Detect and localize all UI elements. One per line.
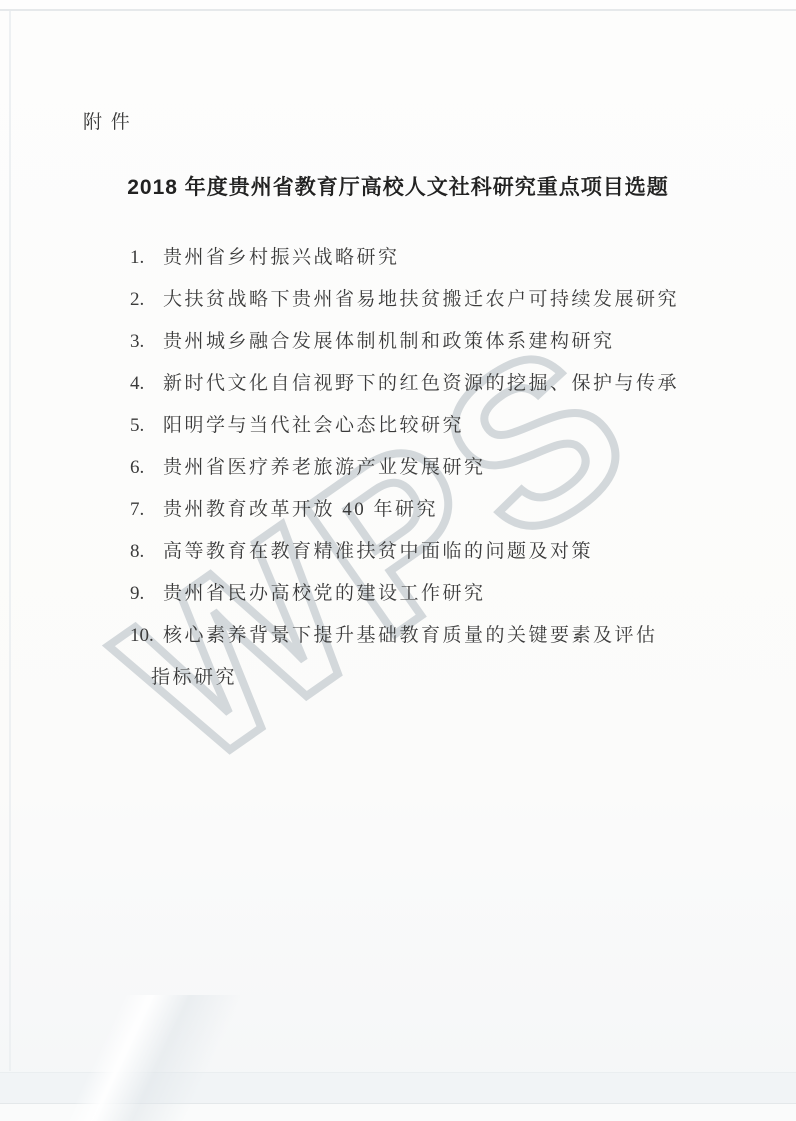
list-item-number: 9.: [130, 573, 163, 615]
topic-list: 1. 贵州省乡村振兴战略研究 2. 大扶贫战略下贵州省易地扶贫搬迁农户可持续发展…: [130, 237, 710, 699]
list-item-number: 8.: [130, 531, 163, 573]
list-item: 2. 大扶贫战略下贵州省易地扶贫搬迁农户可持续发展研究: [130, 279, 710, 321]
list-item-text: 核心素养背景下提升基础教育质量的关键要素及评估: [163, 615, 658, 657]
list-item-text: 贵州省乡村振兴战略研究: [163, 237, 400, 279]
list-item: 9. 贵州省民办高校党的建设工作研究: [130, 573, 710, 615]
scanned-page: WPS 附 件 2018 年度贵州省教育厅高校人文社科研究重点项目选题 1. 贵…: [0, 0, 796, 1121]
list-item: 7. 贵州教育改革开放 40 年研究: [130, 489, 710, 531]
list-item-number: 6.: [130, 447, 163, 489]
list-item: 8. 高等教育在教育精准扶贫中面临的问题及对策: [130, 531, 710, 573]
list-item: 10. 核心素养背景下提升基础教育质量的关键要素及评估 指标研究: [130, 615, 710, 699]
list-item: 4. 新时代文化自信视野下的红色资源的挖掘、保护与传承: [130, 363, 710, 405]
list-item-number: 7.: [130, 489, 163, 531]
list-item-text: 高等教育在教育精准扶贫中面临的问题及对策: [163, 531, 593, 573]
list-item-text: 贵州城乡融合发展体制机制和政策体系建构研究: [163, 321, 615, 363]
list-item-number: 10.: [130, 615, 163, 657]
list-item-number: 1.: [130, 237, 163, 279]
list-item-text: 新时代文化自信视野下的红色资源的挖掘、保护与传承: [163, 363, 679, 405]
list-item: 5. 阳明学与当代社会心态比较研究: [130, 405, 710, 447]
list-item: 3. 贵州城乡融合发展体制机制和政策体系建构研究: [130, 321, 710, 363]
list-item-text-lines: 核心素养背景下提升基础教育质量的关键要素及评估 指标研究: [163, 615, 658, 699]
list-item-number: 3.: [130, 321, 163, 363]
list-item-text: 贵州省民办高校党的建设工作研究: [163, 573, 486, 615]
list-item-text: 阳明学与当代社会心态比较研究: [163, 405, 464, 447]
list-item-text: 大扶贫战略下贵州省易地扶贫搬迁农户可持续发展研究: [163, 279, 679, 321]
document-title: 2018 年度贵州省教育厅高校人文社科研究重点项目选题: [0, 172, 796, 204]
list-item: 1. 贵州省乡村振兴战略研究: [130, 237, 710, 279]
list-item: 6. 贵州省医疗养老旅游产业发展研究: [130, 447, 710, 489]
list-item-text: 贵州教育改革开放 40 年研究: [163, 489, 438, 531]
list-item-text: 贵州省医疗养老旅游产业发展研究: [163, 447, 486, 489]
list-item-text-continued: 指标研究: [151, 657, 658, 699]
attachment-label: 附 件: [83, 110, 132, 136]
list-item-number: 2.: [130, 279, 163, 321]
list-item-number: 5.: [130, 405, 163, 447]
list-item-number: 4.: [130, 363, 163, 405]
document-content: 附 件 2018 年度贵州省教育厅高校人文社科研究重点项目选题 1. 贵州省乡村…: [0, 0, 796, 1121]
